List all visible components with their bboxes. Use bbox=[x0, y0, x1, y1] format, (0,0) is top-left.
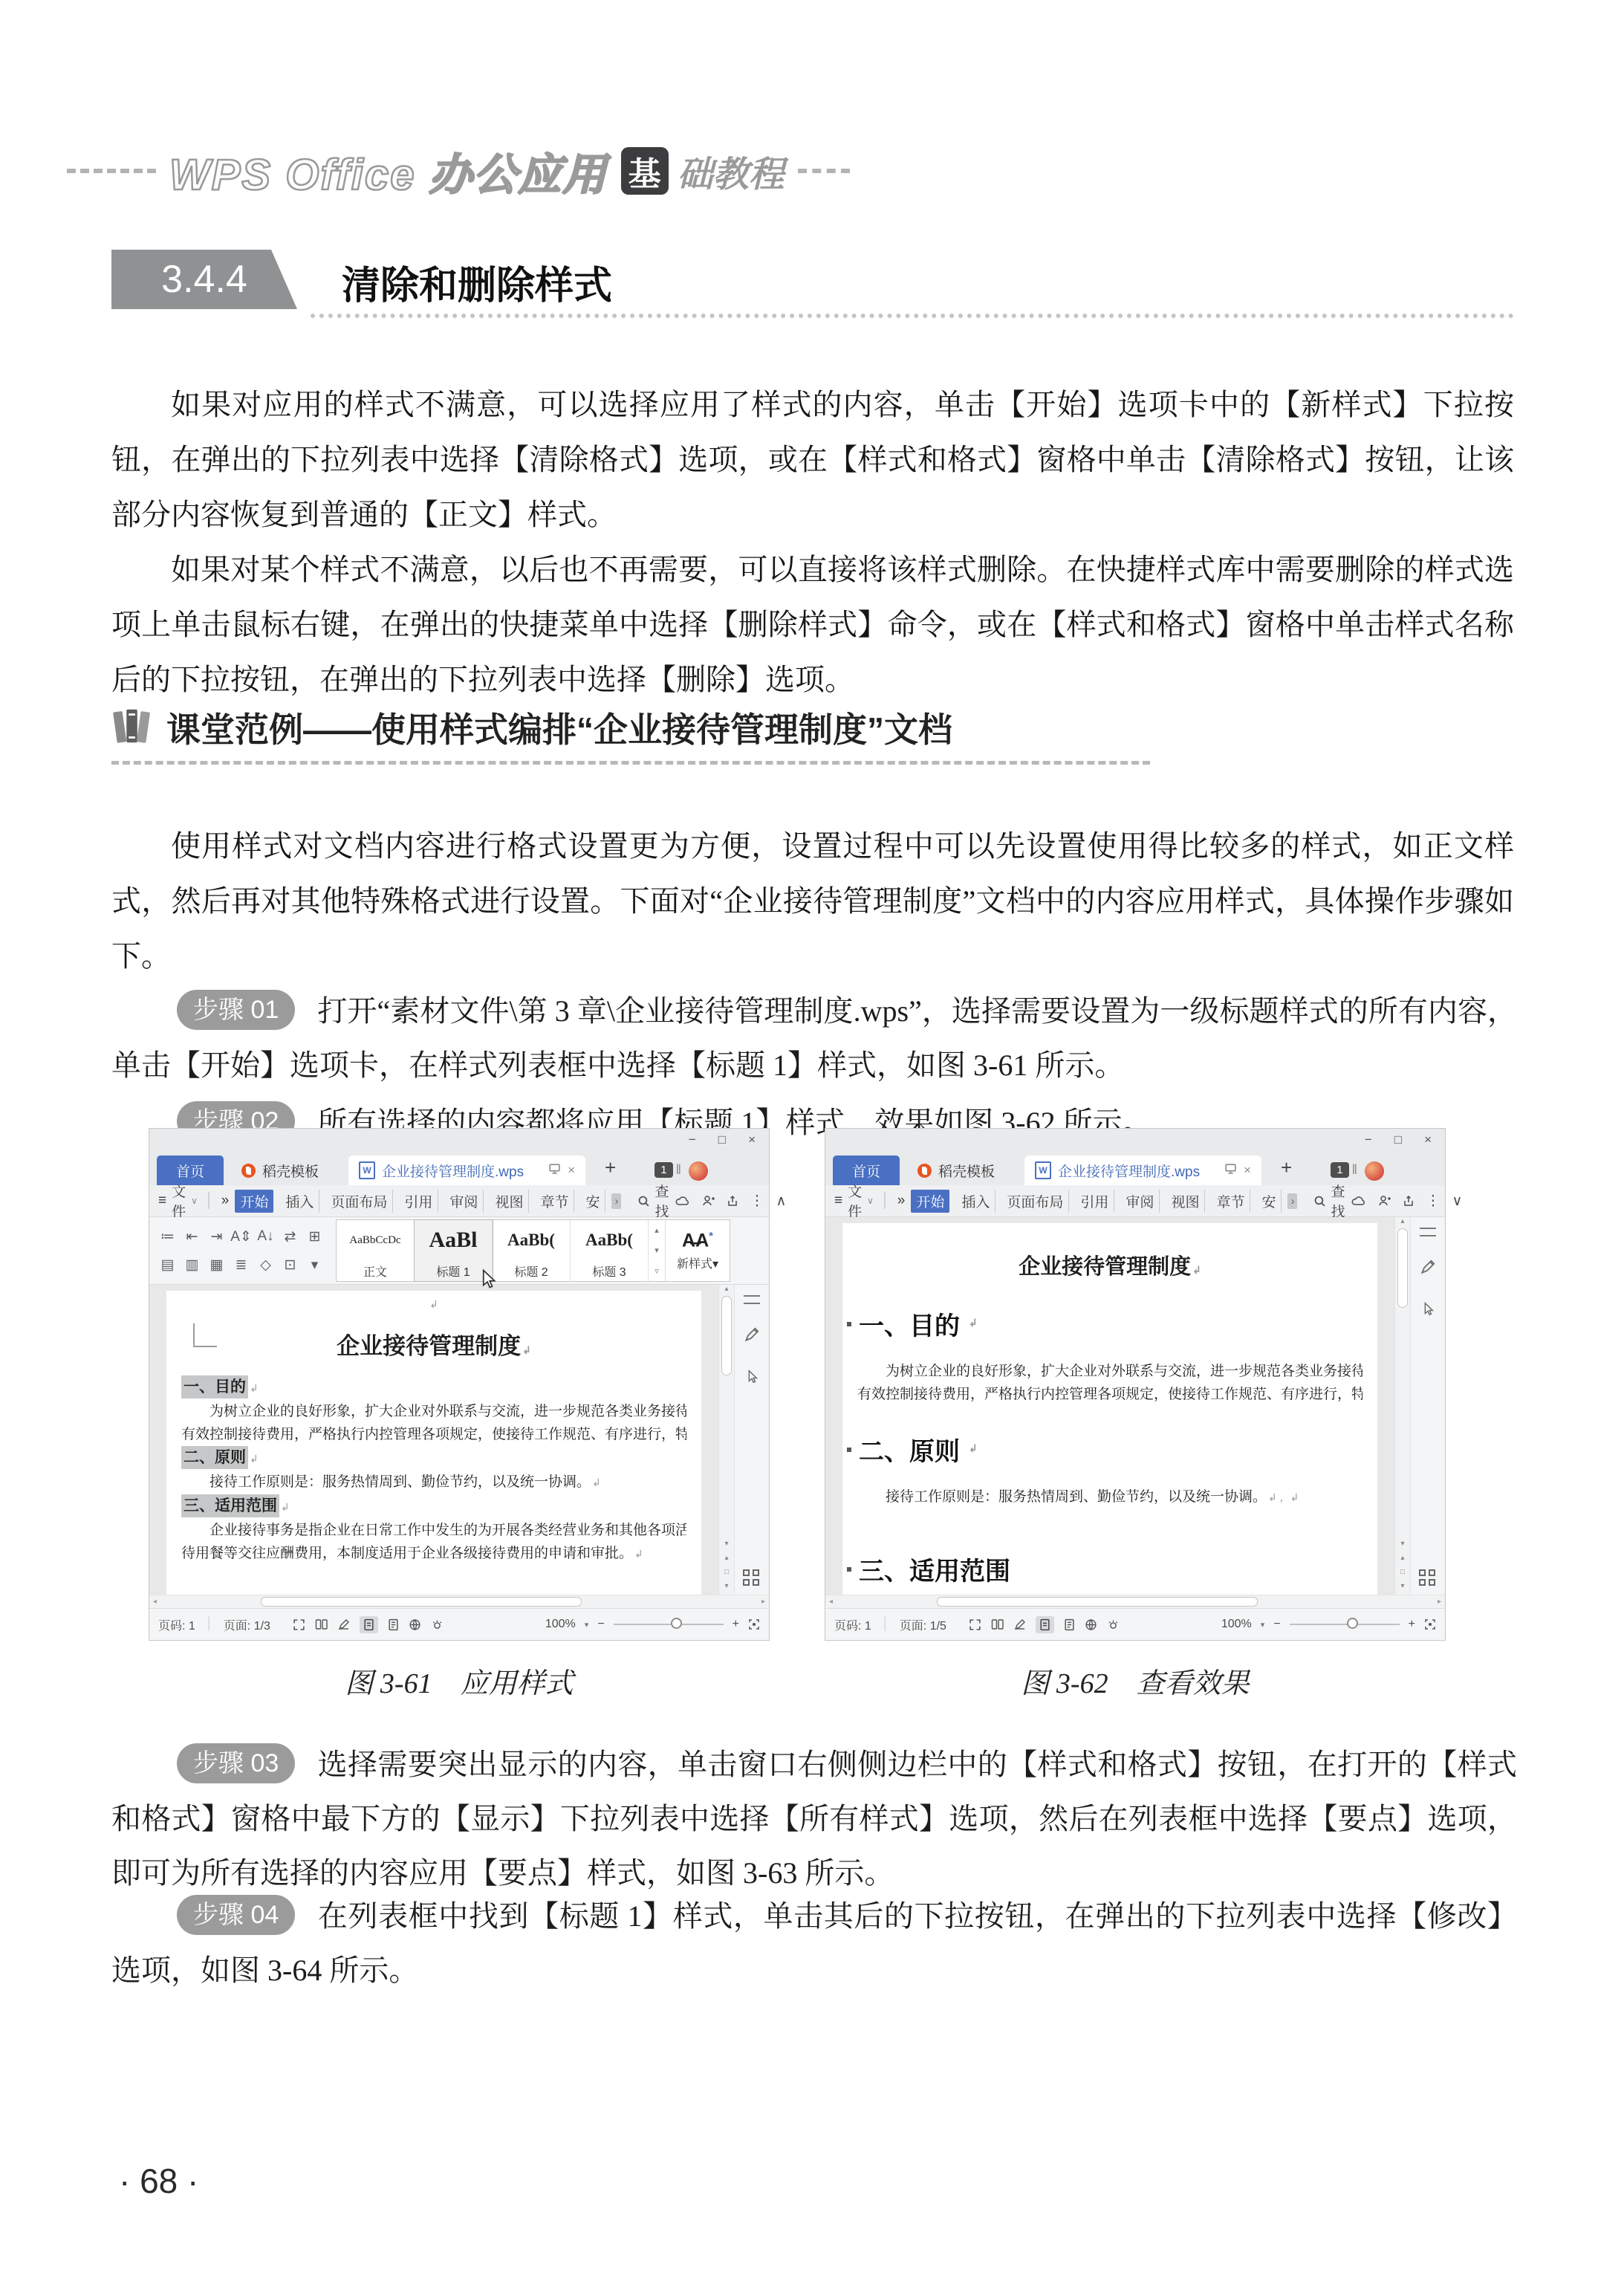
edit-pen-icon[interactable] bbox=[744, 1326, 760, 1346]
doc-title: 企业接待管理制度↲ bbox=[181, 1327, 686, 1361]
menu-tab-page-layout[interactable]: 页面布局 bbox=[1001, 1190, 1069, 1213]
menu-tab-view[interactable]: 视图 bbox=[490, 1190, 529, 1213]
doc-body-line: 有效控制接待费用，严格执行内控管理各项规定，使接待工作规范、有序进行，特制 bbox=[857, 1383, 1362, 1406]
expand-ribbon-icon[interactable]: ∨ bbox=[1452, 1193, 1463, 1210]
style-preview-normal: AaBbCcDc bbox=[337, 1220, 414, 1260]
page-down-icon[interactable]: ▾ bbox=[724, 1582, 728, 1590]
menu-tab-page-layout[interactable]: 页面布局 bbox=[325, 1190, 393, 1213]
bullet-list-icon[interactable]: ≔ bbox=[160, 1228, 175, 1245]
menu-separator: │ bbox=[881, 1193, 890, 1209]
table-icon[interactable]: ⊞ bbox=[309, 1228, 321, 1245]
document-area-2: 企业接待管理制度↲ 一、目的↲ 为树立企业的良好形象，扩大企业对外联系与交流，进… bbox=[825, 1217, 1445, 1595]
ribbon-toolbar: ≔ ⇤ ⇥ A⇕ A↓ ⇄ ⊞ ▤ ▥ ▦ ≣ ◇ ⊡ ▾ bbox=[149, 1217, 769, 1285]
zoom-slider[interactable] bbox=[614, 1624, 724, 1625]
menu-separator: │ bbox=[205, 1193, 214, 1209]
status-page-number: 页码: 1 bbox=[158, 1616, 195, 1633]
status-bar-1: 页码: 1 │ 页面: 1/3 100% ▾ − + bbox=[149, 1608, 769, 1640]
new-style-label: 新样式 bbox=[677, 1258, 712, 1271]
styles-format-grid-icon[interactable] bbox=[743, 1569, 761, 1587]
tab-docer[interactable]: 稻壳模板 bbox=[900, 1155, 1013, 1185]
window-titlebar-2: − □ × bbox=[825, 1129, 1445, 1151]
monitor-icon[interactable] bbox=[1224, 1162, 1237, 1179]
edit-pen-icon[interactable] bbox=[1420, 1259, 1436, 1279]
scroll-right-icon[interactable]: ▸ bbox=[761, 1598, 765, 1606]
style-preview-heading3: AaBb( bbox=[571, 1220, 648, 1260]
search-label: 查找 bbox=[655, 1181, 669, 1221]
scroll-left-icon[interactable]: ◂ bbox=[829, 1598, 833, 1606]
horizontal-scrollbar-2[interactable]: ◂ ▸ bbox=[825, 1595, 1445, 1608]
document-page-2: 企业接待管理制度↲ 一、目的↲ 为树立企业的良好形象，扩大企业对外联系与交流，进… bbox=[842, 1223, 1377, 1595]
more-tools-icon[interactable]: ▾ bbox=[311, 1257, 319, 1274]
hamburger-icon: ≡ bbox=[158, 1193, 166, 1209]
doc-body-line: 待用餐等交往应酬费用，本制度适用于企业各级接待费用的申请和审批。↲ bbox=[181, 1542, 686, 1566]
vertical-scrollbar-1[interactable]: ▴ ▾ ▴ □ ▾ bbox=[718, 1285, 734, 1595]
doc-heading-3: 三、适用范围↲ bbox=[181, 1494, 686, 1519]
example-title: 课堂范例——使用样式编排“企业接待管理制度”文档 bbox=[166, 703, 952, 752]
add-user-icon[interactable] bbox=[1378, 1195, 1391, 1207]
doc-heading-1: 一、目的↲ bbox=[857, 1306, 1362, 1342]
menu-bar-2: ≡ 文件 ∨ │ » 开始 插入 页面布局 引用 审阅 视图 章节 安 › 查找 bbox=[825, 1185, 1445, 1217]
scroll-left-icon[interactable]: ◂ bbox=[153, 1598, 157, 1606]
menu-overflow-button[interactable]: › bbox=[1287, 1193, 1297, 1209]
ink-pen-icon[interactable] bbox=[1014, 1618, 1026, 1630]
align-justify-icon[interactable]: ▦ bbox=[210, 1257, 224, 1274]
close-button[interactable]: × bbox=[1424, 1132, 1432, 1147]
book-header: WPS Office 办公应用 基 础教程 bbox=[67, 134, 1557, 208]
menu-tab-insert[interactable]: 插入 bbox=[280, 1190, 319, 1213]
menu-more-chevrons[interactable]: » bbox=[221, 1193, 230, 1209]
doc-title: 企业接待管理制度↲ bbox=[857, 1250, 1362, 1280]
book-logo-box: 基 bbox=[621, 147, 669, 195]
tab-bar-1: 首页 稻壳模板 W 企业接待管理制度.wps × + 1 ‖ bbox=[149, 1151, 769, 1185]
example-dashed-rule bbox=[111, 761, 1150, 765]
tab-docer-label: 稻壳模板 bbox=[262, 1161, 319, 1181]
hscrollbar-thumb[interactable] bbox=[261, 1597, 582, 1607]
styles-format-grid-icon[interactable] bbox=[1419, 1569, 1437, 1587]
section-heading: 3.4.4 清除和删除样式 bbox=[111, 250, 1514, 314]
sort-icon[interactable]: A↓ bbox=[257, 1228, 273, 1245]
step-01-badge: 步骤 01 bbox=[177, 990, 295, 1030]
book-logo-suffix: 础教程 bbox=[678, 146, 785, 197]
gallery-expand-icon[interactable]: ▿ bbox=[655, 1266, 659, 1276]
wps-window-2: − □ × 首页 稻壳模板 W 企业接待管理制度.wps × + 1 ‖ bbox=[825, 1128, 1446, 1641]
style-item-heading3[interactable]: AaBb( 标题 3 bbox=[571, 1220, 649, 1281]
user-avatar[interactable] bbox=[1365, 1161, 1384, 1181]
paragraph-mark: ↲ bbox=[181, 1298, 686, 1311]
text-direction-icon[interactable]: A⇕ bbox=[230, 1228, 252, 1245]
fit-page-icon[interactable] bbox=[1424, 1618, 1436, 1630]
mouse-cursor-icon bbox=[478, 1268, 498, 1294]
scroll-up-icon[interactable]: ▴ bbox=[724, 1285, 728, 1293]
tab-docer[interactable]: 稻壳模板 bbox=[224, 1155, 337, 1185]
cloud-icon[interactable] bbox=[1351, 1195, 1366, 1207]
new-tab-button[interactable]: + bbox=[605, 1156, 616, 1179]
line-spacing-icon[interactable]: ≣ bbox=[236, 1257, 247, 1274]
menu-tab-insert[interactable]: 插入 bbox=[956, 1190, 995, 1213]
menu-right-icons: ⋮ ∨ bbox=[1351, 1193, 1463, 1210]
doc-body-line: 为树立企业的良好形象，扩大企业对外联系与交流，进一步规范各类业务接待行为 bbox=[181, 1400, 686, 1423]
document-canvas-2: 企业接待管理制度↲ 一、目的↲ 为树立企业的良好形象，扩大企业对外联系与交流，进… bbox=[825, 1217, 1394, 1595]
select-browse-icon[interactable]: □ bbox=[724, 1568, 729, 1576]
style-gallery: AaBbCcDc 正文 AaBl 标题 1 AaBb( 标题 2 AaBb( bbox=[336, 1219, 730, 1282]
zoom-percent[interactable]: 100% bbox=[545, 1618, 576, 1631]
doc-body-line: 为树立企业的良好形象，扩大企业对外联系与交流，进一步规范各类业务接待行 bbox=[857, 1360, 1362, 1383]
gallery-up-icon[interactable]: ▴ bbox=[655, 1225, 659, 1235]
gallery-down-icon[interactable]: ▾ bbox=[655, 1245, 659, 1255]
increase-indent-icon[interactable]: ⇥ bbox=[211, 1228, 223, 1245]
two-page-view-icon[interactable] bbox=[315, 1618, 328, 1630]
zoom-slider-thumb[interactable] bbox=[671, 1618, 682, 1629]
page-view-icon[interactable] bbox=[1036, 1616, 1054, 1633]
outline-mark bbox=[847, 1322, 851, 1326]
zoom-percent[interactable]: 100% bbox=[1221, 1618, 1252, 1631]
tab-document[interactable]: W 企业接待管理制度.wps × bbox=[1024, 1155, 1261, 1185]
paragraph-tools-group: ≔ ⇤ ⇥ A⇕ A↓ ⇄ ⊞ ▤ ▥ ▦ ≣ ◇ ⊡ ▾ bbox=[155, 1222, 327, 1279]
menu-tab-security[interactable]: 安 bbox=[1256, 1190, 1282, 1213]
step-04: 步骤 04在列表框中找到【标题 1】样式，单击其后的下拉按钮，在弹出的下拉列表中… bbox=[111, 1889, 1517, 1997]
outline-view-icon[interactable] bbox=[388, 1618, 399, 1631]
chevron-down-icon: ∨ bbox=[867, 1196, 874, 1206]
shading-icon[interactable]: ◇ bbox=[260, 1257, 271, 1274]
hamburger-icon: ≡ bbox=[834, 1193, 842, 1209]
search-control[interactable]: 查找 bbox=[637, 1181, 669, 1221]
fullscreen-icon[interactable] bbox=[293, 1618, 305, 1631]
tab-document-label: 企业接待管理制度.wps bbox=[382, 1161, 524, 1181]
prev-page-icon[interactable]: ▾ bbox=[1400, 1540, 1404, 1548]
search-label: 查找 bbox=[1331, 1181, 1345, 1221]
docer-icon bbox=[241, 1164, 256, 1178]
books-icon bbox=[111, 706, 155, 750]
share-icon[interactable] bbox=[727, 1195, 738, 1207]
tab-docer-label: 稻壳模板 bbox=[938, 1161, 995, 1181]
step-03: 步骤 03选择需要突出显示的内容，单击窗口右侧侧边栏中的【样式和格式】按钮，在打… bbox=[111, 1737, 1517, 1900]
page-down-icon[interactable]: ▾ bbox=[1400, 1582, 1404, 1590]
figure-3-61: − □ × 首页 稻壳模板 W 企业接待管理制度.wps × + 1 ‖ bbox=[149, 1128, 770, 1701]
cloud-icon[interactable] bbox=[675, 1195, 690, 1207]
paragraph-3: 使用样式对文档内容进行格式设置更为方便，设置过程中可以先设置使用得比较多的样式，… bbox=[111, 819, 1514, 984]
status-page-count: 页面: 1/3 bbox=[224, 1616, 270, 1633]
right-sidebar-2 bbox=[1410, 1217, 1445, 1595]
menu-tab-references[interactable]: 引用 bbox=[1075, 1190, 1114, 1213]
wps-writer-icon: W bbox=[1035, 1161, 1051, 1179]
search-icon bbox=[637, 1195, 650, 1208]
zoom-controls-2: 100% ▾ − + bbox=[1221, 1618, 1436, 1631]
eye-protection-icon[interactable] bbox=[1107, 1618, 1120, 1631]
select-cursor-icon[interactable] bbox=[744, 1369, 759, 1389]
right-sidebar-1 bbox=[734, 1285, 769, 1595]
new-tab-button[interactable]: + bbox=[1281, 1156, 1292, 1179]
doc-body-line: 接待工作原则是：服务热情周到、勤俭节约，以及统一协调。↲ ，↲ bbox=[857, 1485, 1362, 1509]
zoom-slider[interactable] bbox=[1290, 1624, 1400, 1625]
web-layout-icon[interactable] bbox=[1085, 1618, 1097, 1631]
doc-heading-2: 二、原则↲ bbox=[181, 1446, 686, 1471]
step-03-text: 选择需要突出显示的内容，单击窗口右侧侧边栏中的【样式和格式】按钮，在打开的【样式… bbox=[111, 1748, 1517, 1890]
status-separator: │ bbox=[206, 1618, 213, 1631]
decrease-indent-icon[interactable]: ⇤ bbox=[186, 1228, 198, 1245]
two-page-view-icon[interactable] bbox=[991, 1618, 1004, 1630]
step-01: 步骤 01打开“素材文件\第 3 章\企业接待管理制度.wps”，选择需要设置为… bbox=[111, 984, 1517, 1092]
menu-tab-home[interactable]: 开始 bbox=[235, 1190, 273, 1213]
doc-body-line: 接待工作原则是：服务热情周到、勤俭节约，以及统一协调。↲ bbox=[181, 1471, 686, 1494]
step-04-badge: 步骤 04 bbox=[177, 1895, 295, 1935]
figure-3-62: − □ × 首页 稻壳模板 W 企业接待管理制度.wps × + 1 ‖ bbox=[825, 1128, 1446, 1701]
style-label-heading2: 标题 2 bbox=[493, 1260, 570, 1281]
window-titlebar-1: − □ × bbox=[149, 1129, 769, 1151]
select-cursor-icon[interactable] bbox=[1420, 1301, 1435, 1321]
example-heading-block: 课堂范例——使用样式编排“企业接待管理制度”文档 bbox=[111, 703, 1152, 765]
vertical-scrollbar-2[interactable]: ▴ ▾ ▴ □ ▾ bbox=[1394, 1217, 1410, 1595]
select-browse-icon[interactable]: □ bbox=[1400, 1568, 1405, 1576]
search-control[interactable]: 查找 bbox=[1313, 1181, 1345, 1221]
window-count-badge[interactable]: 1 bbox=[1331, 1162, 1348, 1178]
style-preview-heading1: AaBl bbox=[415, 1220, 492, 1260]
kebab-menu-icon[interactable]: ⋮ bbox=[1426, 1193, 1441, 1210]
tab-close-icon[interactable]: × bbox=[568, 1163, 575, 1178]
style-item-normal[interactable]: AaBbCcDc 正文 bbox=[337, 1220, 415, 1281]
zoom-in-button[interactable]: + bbox=[733, 1618, 739, 1631]
menu-right-icons: ⋮ ∧ bbox=[675, 1193, 787, 1210]
status-bar-2: 页码: 1 │ 页面: 1/5 100% ▾ − + bbox=[825, 1608, 1445, 1640]
view-mode-buttons bbox=[293, 1616, 444, 1633]
maximize-button[interactable]: □ bbox=[718, 1132, 726, 1147]
paragraph-1: 如果对应用的样式不满意，可以选择应用了样式的内容，单击【开始】选项卡中的【新样式… bbox=[111, 377, 1514, 542]
tab-document-label: 企业接待管理制度.wps bbox=[1058, 1161, 1200, 1181]
menu-tab-section[interactable]: 章节 bbox=[1211, 1190, 1250, 1213]
section-number: 3.4.4 bbox=[111, 250, 297, 309]
step-03-badge: 步骤 03 bbox=[177, 1743, 295, 1783]
minimize-button[interactable]: − bbox=[1365, 1132, 1372, 1147]
zoom-controls-1: 100% ▾ − + bbox=[545, 1618, 760, 1631]
menu-tab-security[interactable]: 安 bbox=[580, 1190, 605, 1213]
sidebar-menu-icon[interactable] bbox=[744, 1295, 760, 1304]
menu-tab-references[interactable]: 引用 bbox=[399, 1190, 438, 1213]
style-item-heading1[interactable]: AaBl 标题 1 bbox=[415, 1220, 493, 1281]
chevron-down-icon: ∨ bbox=[191, 1196, 198, 1206]
file-menu[interactable]: ≡ 文件 ∨ bbox=[158, 1181, 198, 1221]
step-01-text: 打开“素材文件\第 3 章\企业接待管理制度.wps”，选择需要设置为一级标题样… bbox=[111, 994, 1517, 1082]
style-preview-heading2: AaBb( bbox=[493, 1220, 570, 1260]
section-dotted-rule bbox=[311, 314, 1514, 318]
fit-page-icon[interactable] bbox=[748, 1618, 760, 1630]
view-mode-buttons bbox=[969, 1616, 1120, 1633]
book-logo-text: WPS Office 办公应用 bbox=[169, 140, 608, 202]
section-title: 清除和删除样式 bbox=[342, 254, 612, 310]
wps-window-1: − □ × 首页 稻壳模板 W 企业接待管理制度.wps × + 1 ‖ bbox=[149, 1128, 770, 1641]
file-menu[interactable]: ≡ 文件 ∨ bbox=[834, 1181, 874, 1221]
share-icon[interactable] bbox=[1403, 1195, 1414, 1207]
close-button[interactable]: × bbox=[748, 1132, 756, 1147]
hscrollbar-thumb[interactable] bbox=[937, 1597, 1258, 1607]
figure-caption: 图 3-61 应用样式 bbox=[149, 1660, 770, 1701]
style-label-normal: 正文 bbox=[337, 1260, 414, 1281]
doc-body-line: 有效控制接待费用，严格执行内控管理各项规定，使接待工作规范、有序进行，特制定 bbox=[181, 1423, 686, 1446]
status-page-count: 页面: 1/5 bbox=[900, 1616, 946, 1633]
menu-tab-view[interactable]: 视图 bbox=[1166, 1190, 1205, 1213]
page-view-icon[interactable] bbox=[360, 1616, 378, 1633]
status-separator: │ bbox=[882, 1618, 889, 1631]
scroll-right-icon[interactable]: ▸ bbox=[1438, 1598, 1441, 1606]
scrollbar-thumb[interactable] bbox=[1397, 1228, 1408, 1308]
status-page-number: 页码: 1 bbox=[834, 1616, 871, 1633]
collapse-ribbon-icon[interactable]: ∧ bbox=[776, 1193, 787, 1210]
document-area-1: ↲ 企业接待管理制度↲ 一、目的↲ 为树立企业的良好形象，扩大企业对外联系与交流… bbox=[149, 1285, 769, 1595]
figure-caption: 图 3-62 查看效果 bbox=[825, 1660, 1446, 1701]
maximize-button[interactable]: □ bbox=[1394, 1132, 1402, 1147]
file-menu-label: 文件 bbox=[848, 1181, 862, 1221]
add-user-icon[interactable] bbox=[702, 1195, 715, 1207]
align-center-icon[interactable]: ▥ bbox=[186, 1257, 199, 1274]
zoom-dropdown-icon[interactable]: ▾ bbox=[585, 1620, 589, 1630]
minimize-button[interactable]: − bbox=[689, 1132, 696, 1147]
doc-body-line: 企业接待事务是指企业在日常工作中发生的为开展各类经营业务和其他各项活动需 bbox=[181, 1519, 686, 1542]
page-number: · 68 · bbox=[119, 2161, 198, 2201]
style-item-heading2[interactable]: AaBb( 标题 2 bbox=[493, 1220, 571, 1281]
scrollbar-thumb[interactable] bbox=[721, 1296, 732, 1375]
zoom-out-button[interactable]: − bbox=[1273, 1618, 1280, 1631]
document-page-1: ↲ 企业接待管理制度↲ 一、目的↲ 为树立企业的良好形象，扩大企业对外联系与交流… bbox=[166, 1291, 701, 1595]
user-avatar[interactable] bbox=[689, 1161, 708, 1181]
tab-divider: ‖ bbox=[1352, 1162, 1357, 1178]
web-layout-icon[interactable] bbox=[409, 1618, 421, 1631]
outline-mark bbox=[847, 1567, 851, 1572]
new-style-button[interactable]: A̶A* 新样式▾ bbox=[666, 1220, 730, 1281]
doc-heading-3: 三、适用范围 bbox=[857, 1551, 1362, 1587]
doc-heading-2: 二、原则↲ bbox=[857, 1431, 1362, 1468]
menu-tab-review[interactable]: 审阅 bbox=[444, 1190, 484, 1213]
wps-writer-icon: W bbox=[359, 1161, 375, 1179]
outline-mark bbox=[847, 1448, 851, 1452]
menu-tab-section[interactable]: 章节 bbox=[535, 1190, 574, 1213]
document-canvas-1: ↲ 企业接待管理制度↲ 一、目的↲ 为树立企业的良好形象，扩大企业对外联系与交流… bbox=[149, 1285, 718, 1595]
page-margin-mark bbox=[193, 1323, 217, 1347]
monitor-icon[interactable] bbox=[548, 1162, 561, 1179]
docer-icon bbox=[917, 1164, 932, 1178]
style-label-heading3: 标题 3 bbox=[571, 1260, 648, 1281]
prev-page-icon[interactable]: ▾ bbox=[724, 1540, 728, 1548]
file-menu-label: 文件 bbox=[172, 1181, 186, 1221]
tab-document[interactable]: W 企业接待管理制度.wps × bbox=[348, 1155, 585, 1185]
new-style-icon: A̶A* bbox=[682, 1230, 713, 1251]
horizontal-scrollbar-1[interactable]: ◂ ▸ bbox=[149, 1595, 769, 1608]
figures-row: − □ × 首页 稻壳模板 W 企业接待管理制度.wps × + 1 ‖ bbox=[149, 1128, 1446, 1701]
sidebar-menu-icon[interactable] bbox=[1420, 1228, 1436, 1236]
menu-tab-review[interactable]: 审阅 bbox=[1120, 1190, 1160, 1213]
step-04-text: 在列表框中找到【标题 1】样式，单击其后的下拉按钮，在弹出的下拉列表中选择【修改… bbox=[111, 1899, 1517, 1987]
gallery-scroll-buttons[interactable]: ▴ ▾ ▿ bbox=[649, 1220, 666, 1281]
ink-pen-icon[interactable] bbox=[338, 1618, 350, 1630]
page-up-icon[interactable]: ▴ bbox=[1400, 1554, 1404, 1562]
menu-tab-home[interactable]: 开始 bbox=[911, 1190, 949, 1213]
header-dash-right bbox=[798, 169, 850, 173]
zoom-dropdown-icon[interactable]: ▾ bbox=[1261, 1620, 1265, 1630]
paragraph-spacing-icon[interactable]: ⇄ bbox=[285, 1228, 296, 1245]
search-icon bbox=[1313, 1195, 1326, 1208]
menu-bar-1: ≡ 文件 ∨ │ » 开始 插入 页面布局 引用 审阅 视图 章节 安 › 查找 bbox=[149, 1185, 769, 1217]
zoom-slider-thumb[interactable] bbox=[1347, 1618, 1358, 1629]
fullscreen-icon[interactable] bbox=[969, 1618, 981, 1631]
doc-heading-1: 一、目的↲ bbox=[181, 1375, 686, 1400]
tab-bar-2: 首页 稻壳模板 W 企业接待管理制度.wps × + 1 ‖ bbox=[825, 1151, 1445, 1185]
header-dash-left bbox=[67, 169, 156, 173]
window-count-badge[interactable]: 1 bbox=[655, 1162, 672, 1178]
outline-view-icon[interactable] bbox=[1064, 1618, 1075, 1631]
tab-close-icon[interactable]: × bbox=[1244, 1163, 1251, 1178]
tab-divider: ‖ bbox=[676, 1162, 681, 1178]
scroll-up-icon[interactable]: ▴ bbox=[1400, 1217, 1404, 1225]
eye-protection-icon[interactable] bbox=[431, 1618, 444, 1631]
page-up-icon[interactable]: ▴ bbox=[724, 1554, 728, 1562]
menu-more-chevrons[interactable]: » bbox=[897, 1193, 906, 1209]
align-left-icon[interactable]: ▤ bbox=[161, 1257, 175, 1274]
zoom-out-button[interactable]: − bbox=[597, 1618, 604, 1631]
zoom-in-button[interactable]: + bbox=[1409, 1618, 1415, 1631]
borders-icon[interactable]: ⊡ bbox=[285, 1257, 296, 1274]
paragraph-2: 如果对某个样式不满意，以后也不再需要，可以直接将该样式删除。在快捷样式库中需要删… bbox=[111, 542, 1514, 707]
menu-overflow-button[interactable]: › bbox=[611, 1193, 621, 1209]
kebab-menu-icon[interactable]: ⋮ bbox=[750, 1193, 764, 1210]
new-style-dropdown-icon: ▾ bbox=[712, 1258, 718, 1271]
